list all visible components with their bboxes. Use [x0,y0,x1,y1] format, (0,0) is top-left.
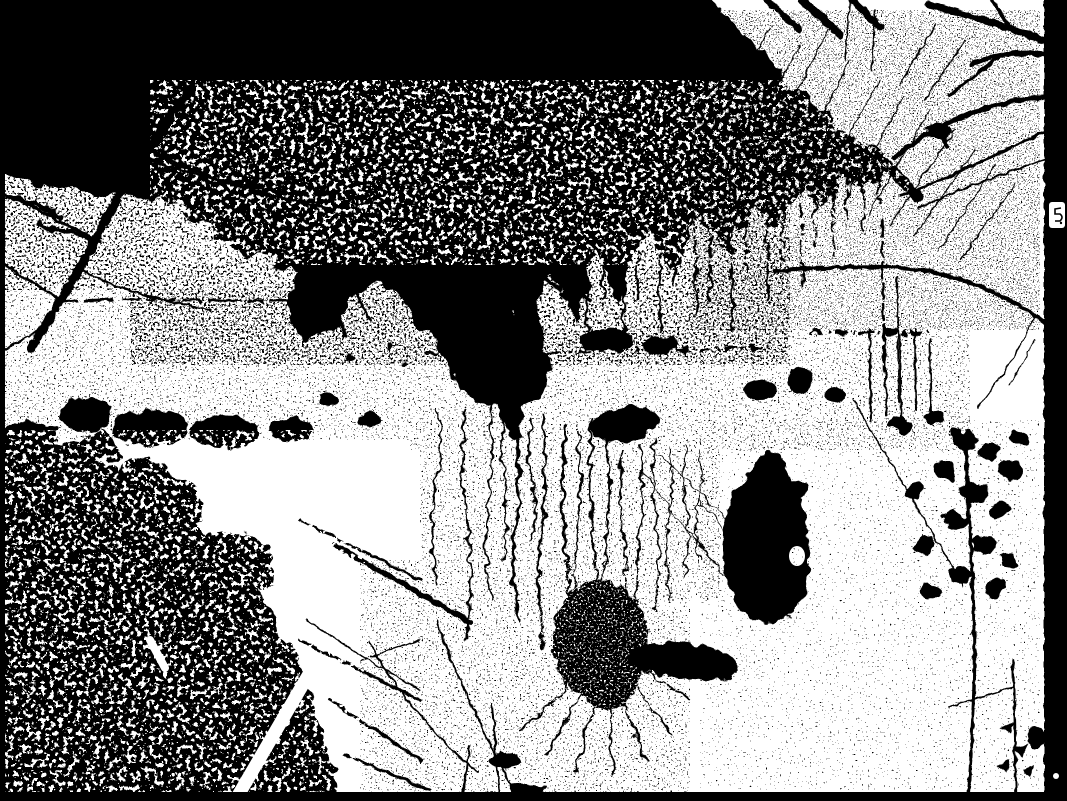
frame-right-strip [1044,0,1067,801]
bank-grain [700,420,1040,790]
twig-field-grain [690,10,1040,330]
lower-center-grain [360,560,690,800]
binarized-photo: High-contrast black-and-white (binarized… [0,0,1067,801]
frame-bottom-border [0,792,1067,801]
water-mass-mottle [0,430,370,800]
photo-canvas: High-contrast black-and-white (binarized… [0,0,1067,801]
frame-left-border [0,0,5,801]
